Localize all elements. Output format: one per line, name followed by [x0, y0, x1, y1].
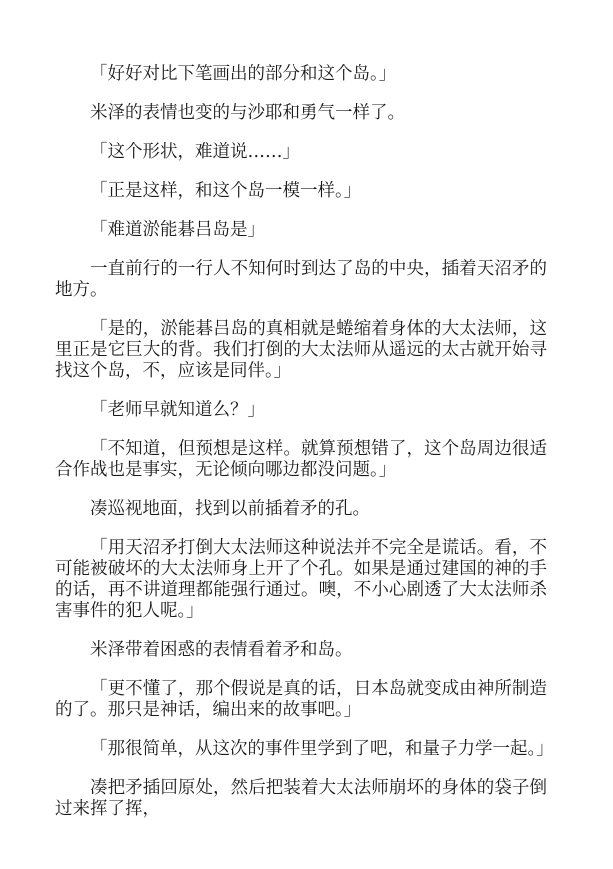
paragraph: 「那很简单，从这次的事件里学到了吧，和量子力学一起。」	[55, 739, 547, 760]
paragraph: 「难道淤能碁吕岛是」	[55, 220, 547, 241]
paragraph: 凑巡视地面，找到以前插着矛的孔。	[55, 499, 547, 520]
paragraph: 「这个形状，难道说……」	[55, 142, 547, 163]
paragraph: 米泽的表情也变的与沙耶和勇气一样了。	[55, 103, 547, 124]
document-page: 「好好对比下笔画出的部分和这个岛。」 米泽的表情也变的与沙耶和勇气一样了。 「这…	[55, 64, 547, 838]
paragraph: 「是的，淤能碁吕岛的真相就是蜷缩着身体的大太法师，这里正是它巨大的背。我们打倒的…	[55, 319, 547, 382]
paragraph: 一直前行的一行人不知何时到达了岛的中央，插着天沼矛的地方。	[55, 259, 547, 301]
paragraph: 「更不懂了，那个假说是真的话，日本岛就变成由神所制造的了。那只是神话，编出来的故…	[55, 679, 547, 721]
paragraph: 「老师早就知道么？」	[55, 400, 547, 421]
paragraph: 「用天沼矛打倒大太法师这种说法并不完全是谎话。看，不可能被破坏的大太法师身上开了…	[55, 538, 547, 622]
paragraph: 「好好对比下笔画出的部分和这个岛。」	[55, 64, 547, 85]
paragraph: 凑把矛插回原处，然后把装着大太法师崩坏的身体的袋子倒过来挥了挥，	[55, 778, 547, 820]
paragraph: 「正是这样，和这个岛一模一样。」	[55, 181, 547, 202]
paragraph: 米泽带着困惑的表情看着矛和岛。	[55, 640, 547, 661]
paragraph: 「不知道，但预想是这样。就算预想错了，这个岛周边很适合作战也是事实，无论倾向哪边…	[55, 439, 547, 481]
